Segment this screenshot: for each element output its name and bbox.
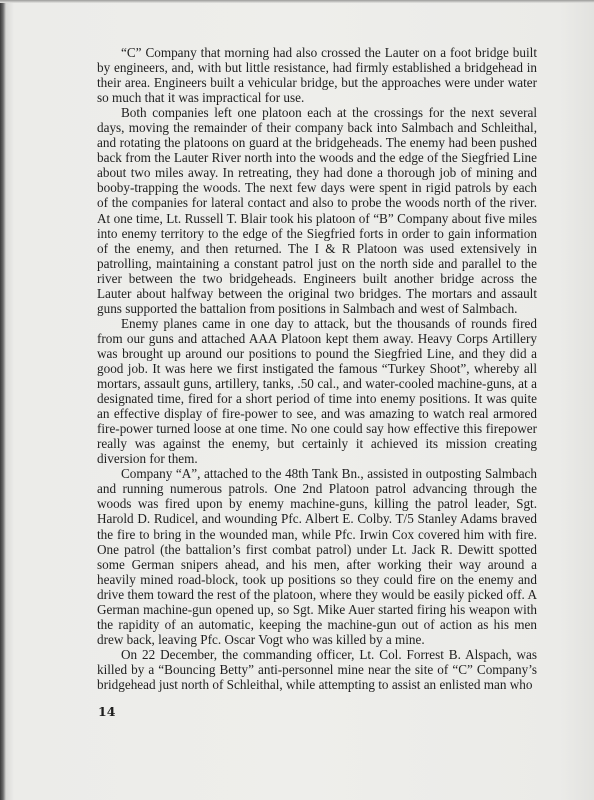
paragraph-22-december: On 22 December, the commanding officer, … <box>97 647 537 692</box>
scanned-page: “C” Company that morning had also crosse… <box>0 0 594 800</box>
body-text: “C” Company that morning had also crosse… <box>97 45 537 692</box>
paragraph-both-companies: Both companies left one platoon each at … <box>97 105 537 316</box>
page-number: 14 <box>98 704 115 719</box>
page-top-edge <box>0 0 594 3</box>
paragraph-company-a: Company “A”, attached to the 48th Tank B… <box>97 466 537 647</box>
paragraph-c-company: “C” Company that morning had also crosse… <box>97 45 537 105</box>
paragraph-enemy-planes: Enemy planes came in one day to attack, … <box>97 316 537 466</box>
